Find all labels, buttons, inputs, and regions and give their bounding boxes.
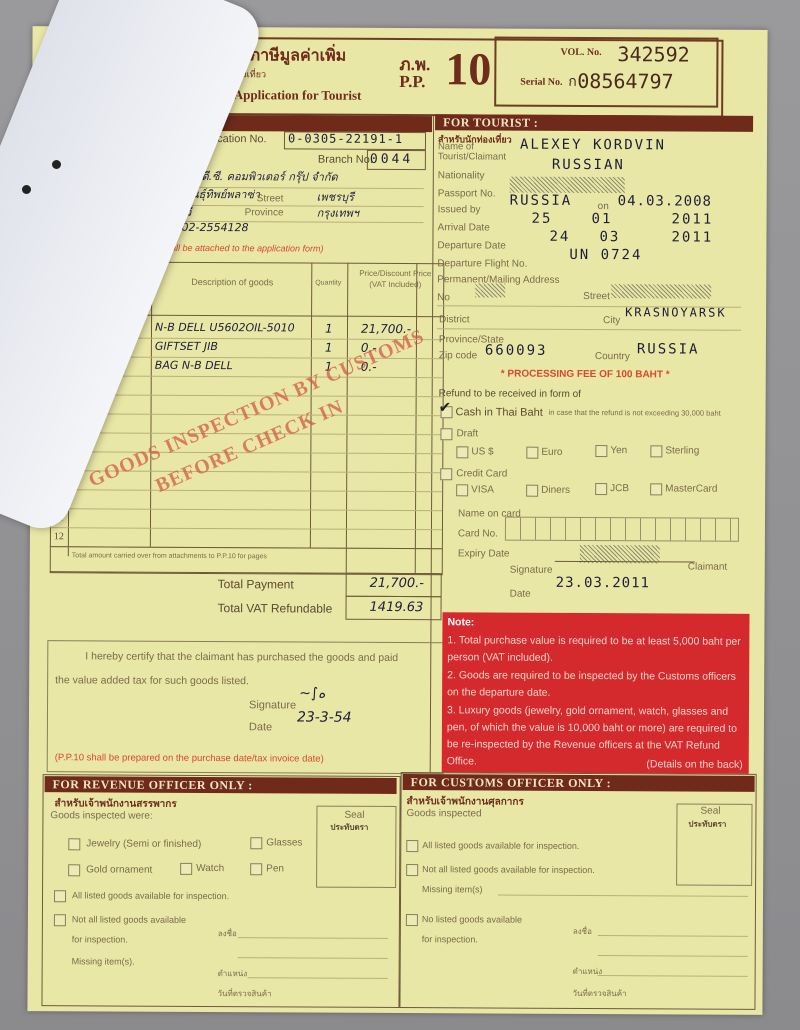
arrival-date-label: Arrival Date xyxy=(438,222,490,233)
punch-hole xyxy=(22,185,31,194)
arrival-year: 2011 xyxy=(672,211,714,227)
revenue-not-all-label: Not all listed goods available xyxy=(72,914,186,925)
cell-quantity[interactable]: 1 xyxy=(325,322,333,336)
address-no-redacted xyxy=(475,283,505,297)
retailer-signature: ~∫ه xyxy=(299,685,325,701)
vol-number: 342592 xyxy=(617,42,689,66)
zip-code-label: Zip code xyxy=(439,350,477,361)
watch-checkbox[interactable] xyxy=(180,863,192,875)
retailer-date-value: 23-3-54 xyxy=(297,709,352,725)
revenue-section-bar: FOR REVENUE OFFICER ONLY : xyxy=(45,776,397,794)
address-street-redacted xyxy=(611,284,711,299)
draft-euro-checkbox[interactable] xyxy=(526,447,538,459)
address-no-label: No xyxy=(437,292,450,303)
description-header: Description of goods xyxy=(191,277,273,287)
city-label: City xyxy=(603,315,620,326)
nationality-label: Nationality xyxy=(438,170,485,181)
visa-checkbox[interactable] xyxy=(456,484,468,496)
total-payment-value: 21,700.- xyxy=(370,576,424,591)
quantity-header: Quantity xyxy=(315,280,341,287)
certification-text-1: I hereby certify that the claimant has p… xyxy=(85,650,398,664)
revenue-seal-thai: ประทับตรา xyxy=(330,821,368,834)
draft-label: Draft xyxy=(456,428,478,439)
processing-fee-notice: * PROCESSING FEE OF 100 BAHT * xyxy=(501,369,670,381)
serial-label: Serial No. xyxy=(520,77,562,88)
mastercard-checkbox[interactable] xyxy=(650,483,662,495)
revenue-inspected-label: Goods inspected were: xyxy=(50,810,152,822)
gold-ornament-checkbox[interactable] xyxy=(68,864,80,876)
draft-sterling-label: Sterling xyxy=(665,445,699,456)
cash-note: in case that the refund is not exceeding… xyxy=(549,408,721,418)
card-number-grid[interactable] xyxy=(505,517,739,542)
draft-yen-label: Yen xyxy=(610,445,627,456)
gold-ornament-label: Gold ornament xyxy=(86,864,152,875)
refund-form-label: Refund to be received in form of xyxy=(439,388,581,400)
glasses-checkbox[interactable] xyxy=(250,837,262,849)
revenue-for-inspection: for inspection. xyxy=(72,934,128,944)
jewelry-checkbox[interactable] xyxy=(68,838,80,850)
carried-over-note: Total amount carried over from attachmen… xyxy=(72,552,267,560)
arrival-day: 25 xyxy=(532,211,553,227)
note-box: Note: 1. Total purchase value is require… xyxy=(442,612,750,774)
cell-description[interactable]: BAG N-B DELL xyxy=(155,359,233,372)
draft-sterling-checkbox[interactable] xyxy=(650,445,662,457)
claimant-label: Claimant xyxy=(688,562,728,573)
serial-prefix: ก xyxy=(568,71,577,93)
retailer-date-label: Date xyxy=(249,721,272,733)
tourist-signature-label: Signature xyxy=(510,565,553,576)
departure-flight-label: Departure Flight No. xyxy=(437,258,527,269)
jcb-checkbox[interactable] xyxy=(595,483,607,495)
draft-yen-checkbox[interactable] xyxy=(595,445,607,457)
note-details-link: (Details on the back) xyxy=(646,756,742,774)
branch-label: Branch No. xyxy=(318,154,373,166)
revenue-missing-items: Missing item(s). xyxy=(72,956,135,966)
draft-usd-checkbox[interactable] xyxy=(456,446,468,458)
customs-inspected-label: Goods inspected xyxy=(406,808,481,819)
customs-section-bar: FOR CUSTOMS OFFICER ONLY : xyxy=(403,774,755,792)
diners-label: Diners xyxy=(541,485,570,496)
customs-none-available-checkbox[interactable] xyxy=(406,914,418,926)
credit-card-label: Credit Card xyxy=(456,468,507,479)
customs-position-thai: ตำแหน่ง xyxy=(573,965,603,978)
address-street-label: Street xyxy=(583,291,610,302)
tourist-name-label: Name of Tourist/Claimant xyxy=(438,142,518,162)
draft-euro-label: Euro xyxy=(541,447,562,458)
cash-label: Cash in Thai Baht xyxy=(456,406,543,418)
departure-month: 03 xyxy=(599,229,620,245)
issued-by-value: RUSSIA xyxy=(510,193,573,209)
branch-value: 0044 xyxy=(370,152,413,167)
revenue-not-all-checkbox[interactable] xyxy=(54,914,66,926)
watch-label: Watch xyxy=(196,863,224,874)
draft-checkbox[interactable] xyxy=(440,428,452,440)
glasses-label: Glasses xyxy=(266,837,302,848)
revenue-date-thai: วันที่ตรวจสินค้า xyxy=(217,987,271,1000)
pen-label: Pen xyxy=(266,863,284,874)
revenue-seal-label: Seal xyxy=(344,810,364,821)
revenue-position-thai: ตำแหน่ง xyxy=(218,967,248,980)
total-payment-label: Total Payment xyxy=(218,577,294,591)
customs-none-available-label: No listed goods available xyxy=(422,914,522,925)
total-vat-value: 1419.63 xyxy=(370,600,424,615)
form-number: 10 xyxy=(445,42,491,95)
checkmark-icon: ✔ xyxy=(439,398,452,416)
customs-all-available-label: All listed goods available for inspectio… xyxy=(422,840,579,851)
jcb-label: JCB xyxy=(610,483,629,494)
revenue-all-available-label: All listed goods available for inspectio… xyxy=(72,890,229,901)
total-vat-label: Total VAT Refundable xyxy=(218,601,333,616)
row-number: 12 xyxy=(54,531,64,542)
serial-number: 08564797 xyxy=(577,69,673,94)
line xyxy=(437,328,741,331)
taxpayer-id-value: 0-0305-22191-1 xyxy=(288,131,403,146)
province-label: Province xyxy=(245,207,284,218)
pen-checkbox[interactable] xyxy=(250,863,262,875)
cell-description[interactable]: N-B DELL U5602OIL-5010 xyxy=(155,321,295,335)
vol-label: VOL. No. xyxy=(560,47,601,58)
tourist-name-value: ALEXEY KORDVIN xyxy=(520,137,666,154)
tourist-date-value: 23.03.2011 xyxy=(556,575,650,591)
passport-label: Passport No. xyxy=(438,188,496,199)
credit-card-checkbox[interactable] xyxy=(440,468,452,480)
province-value: กรุงเทพฯ xyxy=(317,204,359,222)
telephone-value: 02-2554128 xyxy=(181,221,248,234)
country-value: RUSSIA xyxy=(637,341,700,357)
issued-by-label: Issued by xyxy=(438,204,481,215)
departure-flight-value: UN 0724 xyxy=(569,247,642,263)
tourist-district-label: District xyxy=(439,314,470,325)
customs-not-all-label: Not all listed goods available for inspe… xyxy=(422,864,595,875)
diners-checkbox[interactable] xyxy=(526,485,538,497)
tourist-date-label: Date xyxy=(510,589,531,600)
expiry-date-label: Expiry Date xyxy=(458,548,510,559)
price-header: Price/Discount Price (VAT Included) xyxy=(351,268,439,290)
country-label: Country xyxy=(595,351,630,362)
customs-sign-thai: ลงชื่อ xyxy=(573,925,592,938)
street-label: Street xyxy=(257,193,284,204)
customs-not-all-checkbox[interactable] xyxy=(406,864,418,876)
departure-date-label: Departure Date xyxy=(437,240,505,251)
certification-text-2: the value added tax for such goods liste… xyxy=(55,674,249,687)
note-item-1: 1. Total purchase value is required to b… xyxy=(447,632,744,669)
departure-day: 24 xyxy=(549,229,570,245)
pp10-footer-note: (P.P.10 shall be prepared on the purchas… xyxy=(55,752,324,764)
note-item-2: 2. Goods are required to be inspected by… xyxy=(447,667,744,704)
issued-on-value: 04.03.2008 xyxy=(618,193,712,209)
city-value: KRASNOYARSK xyxy=(625,305,727,320)
customs-seal-label: Seal xyxy=(700,806,720,817)
revenue-sign-thai: ลงชื่อ xyxy=(218,927,237,940)
zip-code-value: 660093 xyxy=(485,342,548,358)
note-title: Note: xyxy=(447,614,744,633)
form-code-english: P.P. xyxy=(399,72,425,92)
customs-seal-thai: ประทับตรา xyxy=(688,818,726,831)
jewelry-label: Jewelry (Semi or finished) xyxy=(86,838,201,850)
draft-usd-label: US $ xyxy=(471,446,493,457)
visa-label: VISA xyxy=(471,484,494,495)
departure-year: 2011 xyxy=(671,229,713,245)
arrival-month: 01 xyxy=(592,211,613,227)
retailer-signature-label: Signature xyxy=(249,699,296,711)
customs-missing-items: Missing item(s) xyxy=(422,884,483,894)
customs-for-inspection: for inspection. xyxy=(422,934,478,944)
card-no-label: Card No. xyxy=(458,528,498,539)
cell-description[interactable]: GIFTSET JIB xyxy=(155,340,218,353)
punch-hole xyxy=(52,160,61,169)
passport-redacted xyxy=(510,177,625,194)
revenue-all-available-checkbox[interactable] xyxy=(54,890,66,902)
mastercard-label: MasterCard xyxy=(665,483,717,494)
tourist-section-bar: FOR TOURIST : xyxy=(435,114,753,132)
cell-quantity[interactable]: 1 xyxy=(325,341,333,355)
customs-date-thai: วันที่ตรวจสินค้า xyxy=(572,987,626,1000)
customs-all-available-checkbox[interactable] xyxy=(406,840,418,852)
nationality-value: RUSSIAN xyxy=(552,157,625,173)
